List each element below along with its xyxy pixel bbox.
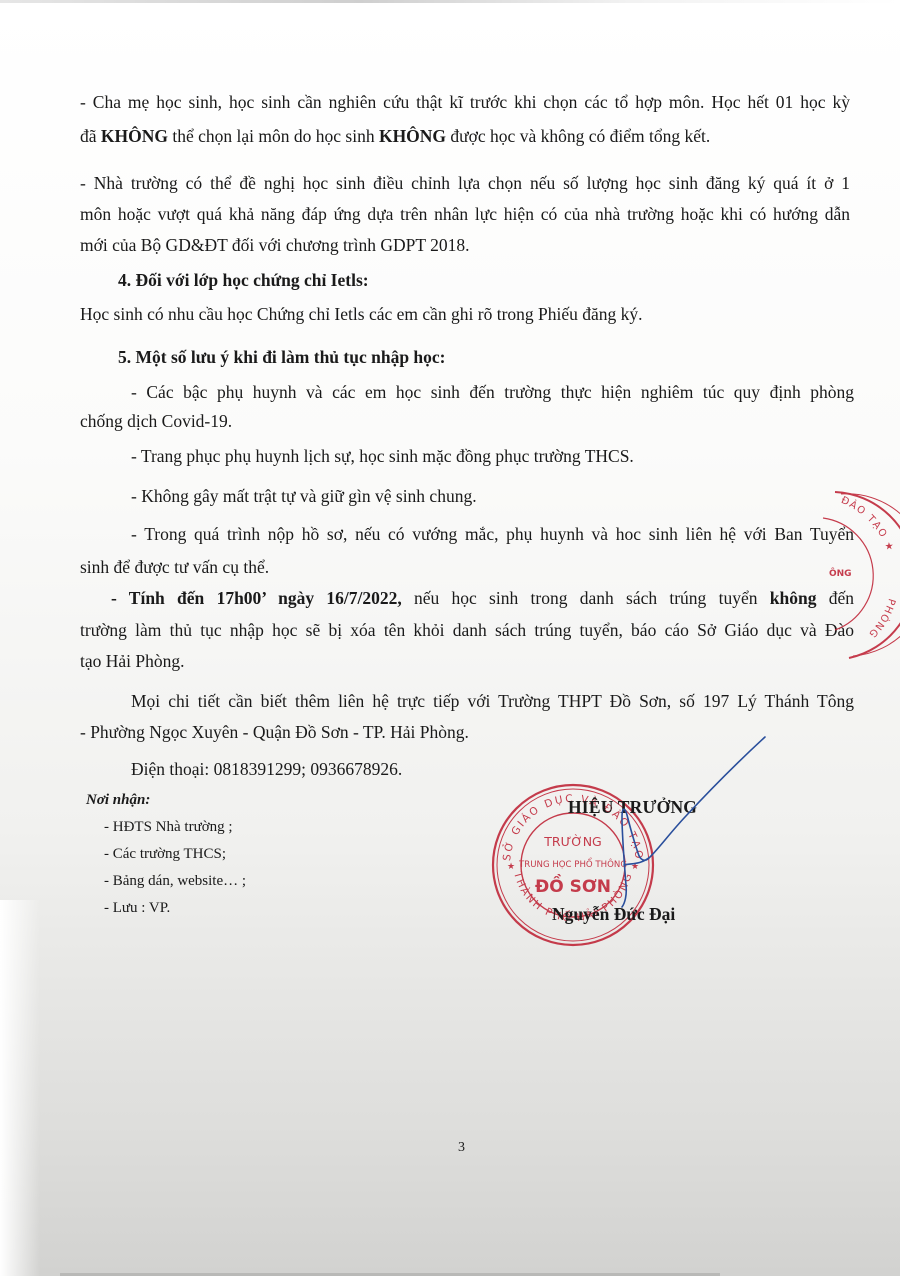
section-heading: 5. Một số lưu ý khi đi làm thủ tục nhập … (118, 346, 446, 368)
note-line: tạo Hải Phòng. (80, 650, 185, 672)
note-line: - Trang phục phụ huynh lịch sự, học sinh… (131, 445, 634, 467)
recipient-item: - Các trường THCS; (104, 845, 246, 863)
section-heading: 4. Đối với lớp học chứng chỉ Ietls: (118, 269, 369, 291)
note-line: - Không gây mất trật tự và giữ gìn vệ si… (131, 485, 477, 507)
paragraph-line: mới của Bộ GD&ĐT đối với chương trình GD… (80, 234, 470, 256)
page-top-edge (0, 0, 900, 3)
recipient-item: - Lưu : VP. (104, 899, 246, 917)
note-line: sinh để được tư vấn cụ thể. (80, 556, 269, 578)
paragraph-line: - Nhà trường có thể đề nghị học sinh điề… (80, 172, 850, 194)
page-shadow (0, 900, 40, 1276)
note-line: - Trong quá trình nộp hồ sơ, nếu có vướn… (131, 523, 854, 545)
paragraph-line: Học sinh có nhu cầu học Chứng chỉ Ietls … (80, 303, 643, 325)
recipient-item: - HĐTS Nhà trường ; (104, 818, 246, 836)
recipient-item: - Bảng dán, website… ; (104, 872, 246, 890)
page-number: 3 (458, 1140, 465, 1156)
paragraph-line: đã KHÔNG thể chọn lại môn do học sinh KH… (80, 125, 710, 147)
text: được học và không có điểm tổng kết. (446, 126, 710, 146)
text: nếu học sinh trong danh sách trúng tuyển (402, 588, 770, 608)
emphasis: KHÔNG (101, 126, 168, 146)
edge-stamp-icon: ĐÀO TẠO ★ PHÒNG ÔNG (815, 490, 900, 660)
svg-text:★: ★ (507, 862, 515, 872)
edge-stamp-fragment: ÔNG (829, 567, 852, 579)
phone-numbers: Điện thoại: 0818391299; 0936678926. (131, 758, 402, 780)
deadline-note-line: - Tính đến 17h00’ ngày 16/7/2022, nếu họ… (111, 587, 854, 609)
svg-text:ĐÀO TẠO ★: ĐÀO TẠO ★ (839, 495, 895, 554)
text: thể chọn lại môn do học sinh (168, 126, 379, 146)
contact-line: - Phường Ngọc Xuyên - Quận Đồ Sơn - TP. … (80, 721, 469, 743)
recipients-block: Nơi nhận: - HĐTS Nhà trường ; - Các trườ… (86, 792, 246, 926)
deadline-emphasis: - Tính đến 17h00’ ngày 16/7/2022, (111, 588, 402, 608)
contact-line: Mọi chi tiết cần biết thêm liên hệ trực … (131, 690, 854, 712)
edge-stamp-arc: ĐÀO TẠO ★ (839, 495, 895, 554)
recipients-title: Nơi nhận: (86, 792, 246, 809)
note-line: - Các bậc phụ huynh và các em học sinh đ… (131, 381, 854, 403)
paragraph-line: - Cha mẹ học sinh, học sinh cần nghiên c… (80, 91, 850, 113)
paragraph-line: môn hoặc vượt quá khả năng đáp ứng dựa t… (80, 203, 850, 225)
handwritten-signature-icon (600, 735, 770, 910)
stamp-line-1: TRƯỜNG (543, 834, 602, 849)
note-line: chống dịch Covid-19. (80, 410, 232, 432)
text: đã (80, 126, 101, 146)
note-line: trường làm thủ tục nhập học sẽ bị xóa tê… (80, 619, 854, 641)
emphasis: không (770, 588, 817, 608)
emphasis: KHÔNG (379, 126, 446, 146)
